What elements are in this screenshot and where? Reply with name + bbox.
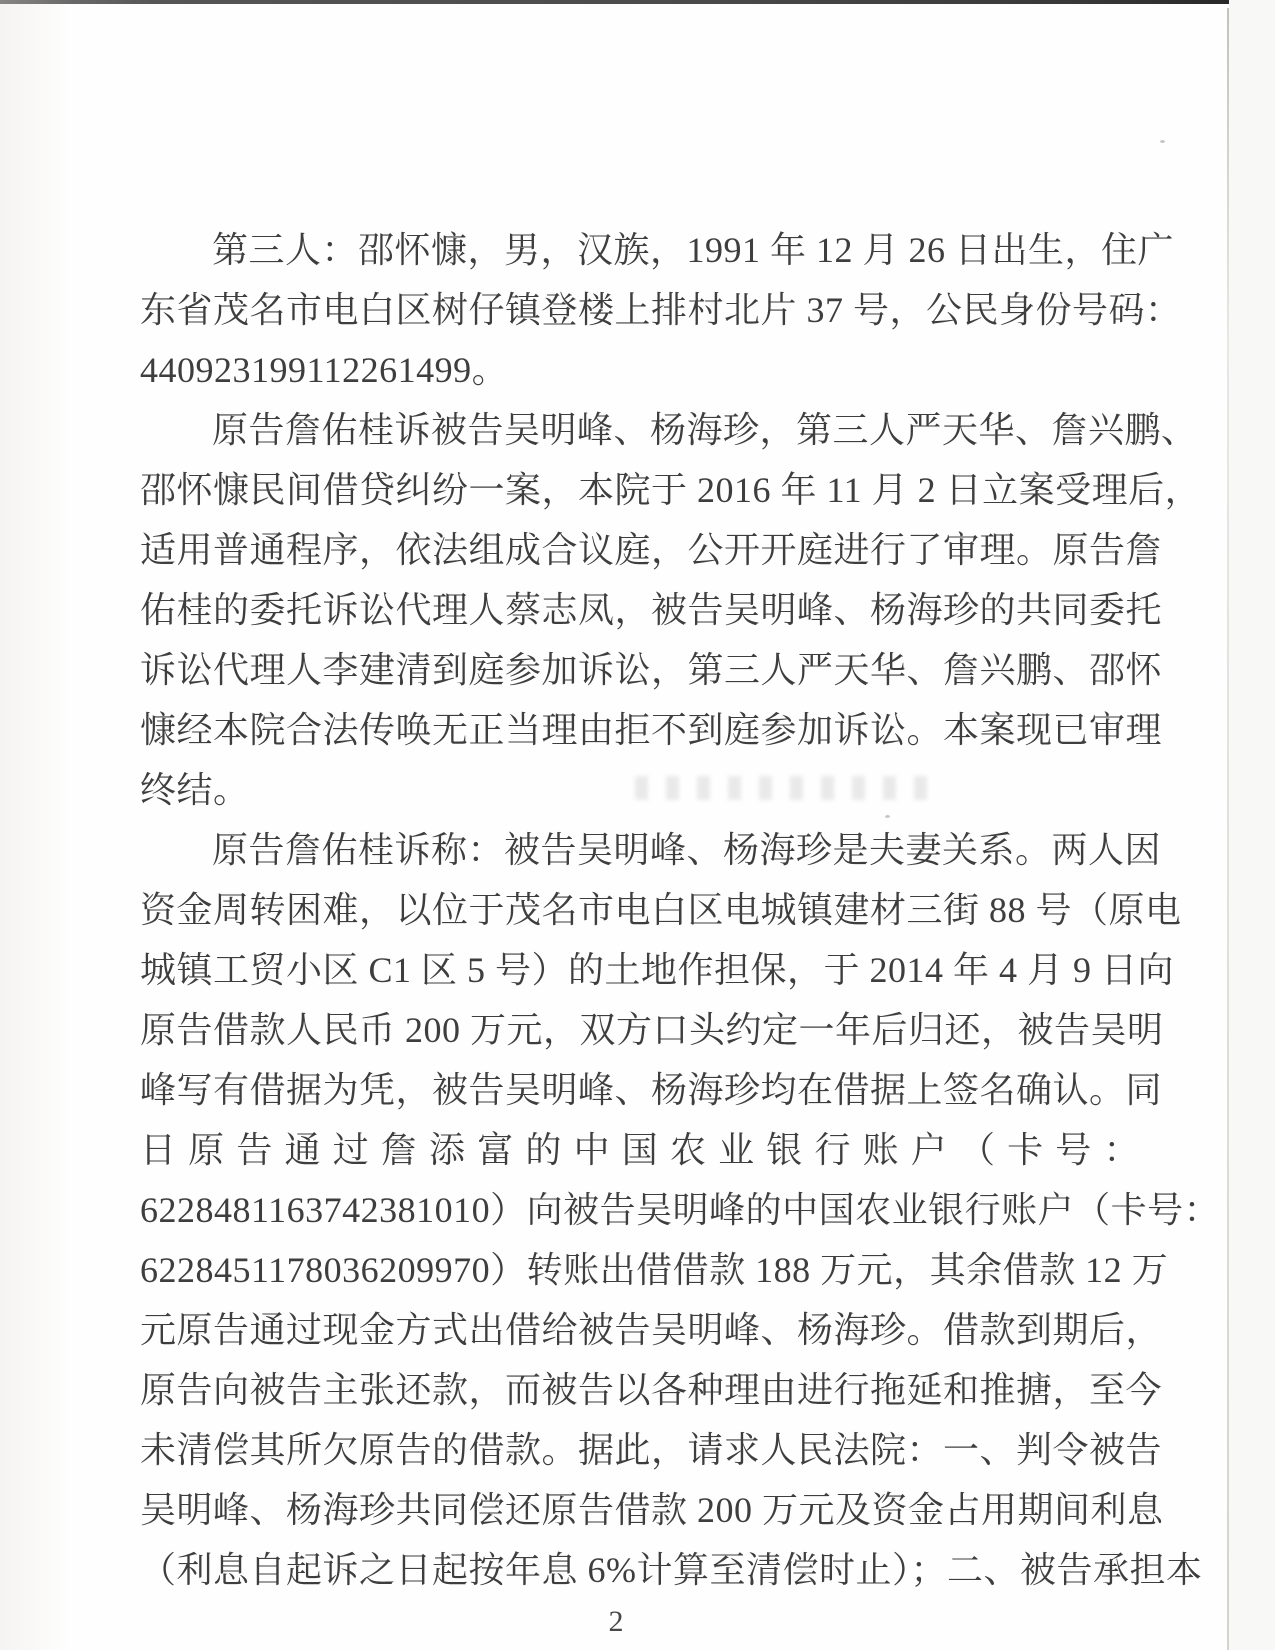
page-right-margin-shade (1229, 0, 1275, 1650)
scan-edge-artifact-top (0, 0, 1275, 4)
text-line: 资金周转困难，以位于茂名市电白区电城镇建材三街 88 号（原电 (140, 880, 1140, 940)
text-line: 邵怀慷民间借贷纠纷一案，本院于 2016 年 11 月 2 日立案受理后， (140, 460, 1140, 520)
text-line: 城镇工贸小区 C1 区 5 号）的土地作担保，于 2014 年 4 月 9 日向 (140, 940, 1140, 1000)
text-line: 吴明峰、杨海珍共同偿还原告借款 200 万元及资金占用期间利息 (140, 1480, 1140, 1540)
text-line: 第三人：邵怀慷，男，汉族，1991 年 12 月 26 日出生，住广 (140, 220, 1140, 280)
text-line: 原告向被告主张还款，而被告以各种理由进行拖延和推搪，至今 (140, 1360, 1140, 1420)
text-line: 佑桂的委托诉讼代理人蔡志凤，被告吴明峰、杨海珍的共同委托 (140, 580, 1140, 640)
text-line: 原告詹佑桂诉称：被告吴明峰、杨海珍是夫妻关系。两人因 (140, 820, 1140, 880)
scan-speck (1160, 140, 1165, 143)
text-line: 6228481163742381010）向被告吴明峰的中国农业银行账户（卡号： (140, 1180, 1140, 1240)
text-line: （利息自起诉之日起按年息 6%计算至清偿时止）；二、被告承担本 (140, 1540, 1140, 1600)
page-edge-crease (1227, 8, 1229, 1650)
text-line: 原告詹佑桂诉被告吴明峰、杨海珍，第三人严天华、詹兴鹏、 (140, 400, 1140, 460)
text-line: 峰写有借据为凭，被告吴明峰、杨海珍均在借据上签名确认。同 (140, 1060, 1140, 1120)
text-line: 诉讼代理人李建清到庭参加诉讼，第三人严天华、詹兴鹏、邵怀 (140, 640, 1140, 700)
text-line: 未清偿其所欠原告的借款。据此，请求人民法院：一、判令被告 (140, 1420, 1140, 1480)
page-left-margin-tint (0, 0, 70, 1650)
text-line: 6228451178036209970）转账出借借款 188 万元，其余借款 1… (140, 1240, 1140, 1300)
text-line: 日原告通过詹添富的中国农业银行账户（卡号： (140, 1120, 1140, 1180)
scanned-document-page: 第三人：邵怀慷，男，汉族，1991 年 12 月 26 日出生，住广 东省茂名市… (0, 0, 1275, 1650)
page-number: 2 (0, 1605, 1232, 1639)
text-line: 原告借款人民币 200 万元，双方口头约定一年后归还，被告吴明 (140, 1000, 1140, 1060)
text-line: 适用普通程序，依法组成合议庭，公开开庭进行了审理。原告詹 (140, 520, 1140, 580)
text-line: 东省茂名市电白区树仔镇登楼上排村北片 37 号，公民身份号码： (140, 280, 1140, 340)
text-line: 元原告通过现金方式出借给被告吴明峰、杨海珍。借款到期后， (140, 1300, 1140, 1360)
document-body-text: 第三人：邵怀慷，男，汉族，1991 年 12 月 26 日出生，住广 东省茂名市… (140, 220, 1140, 1600)
text-line: 慷经本院合法传唤无正当理由拒不到庭参加诉讼。本案现已审理 (140, 700, 1140, 760)
text-line: 440923199112261499。 (140, 340, 1140, 400)
text-line: 终结。 (140, 760, 1140, 820)
